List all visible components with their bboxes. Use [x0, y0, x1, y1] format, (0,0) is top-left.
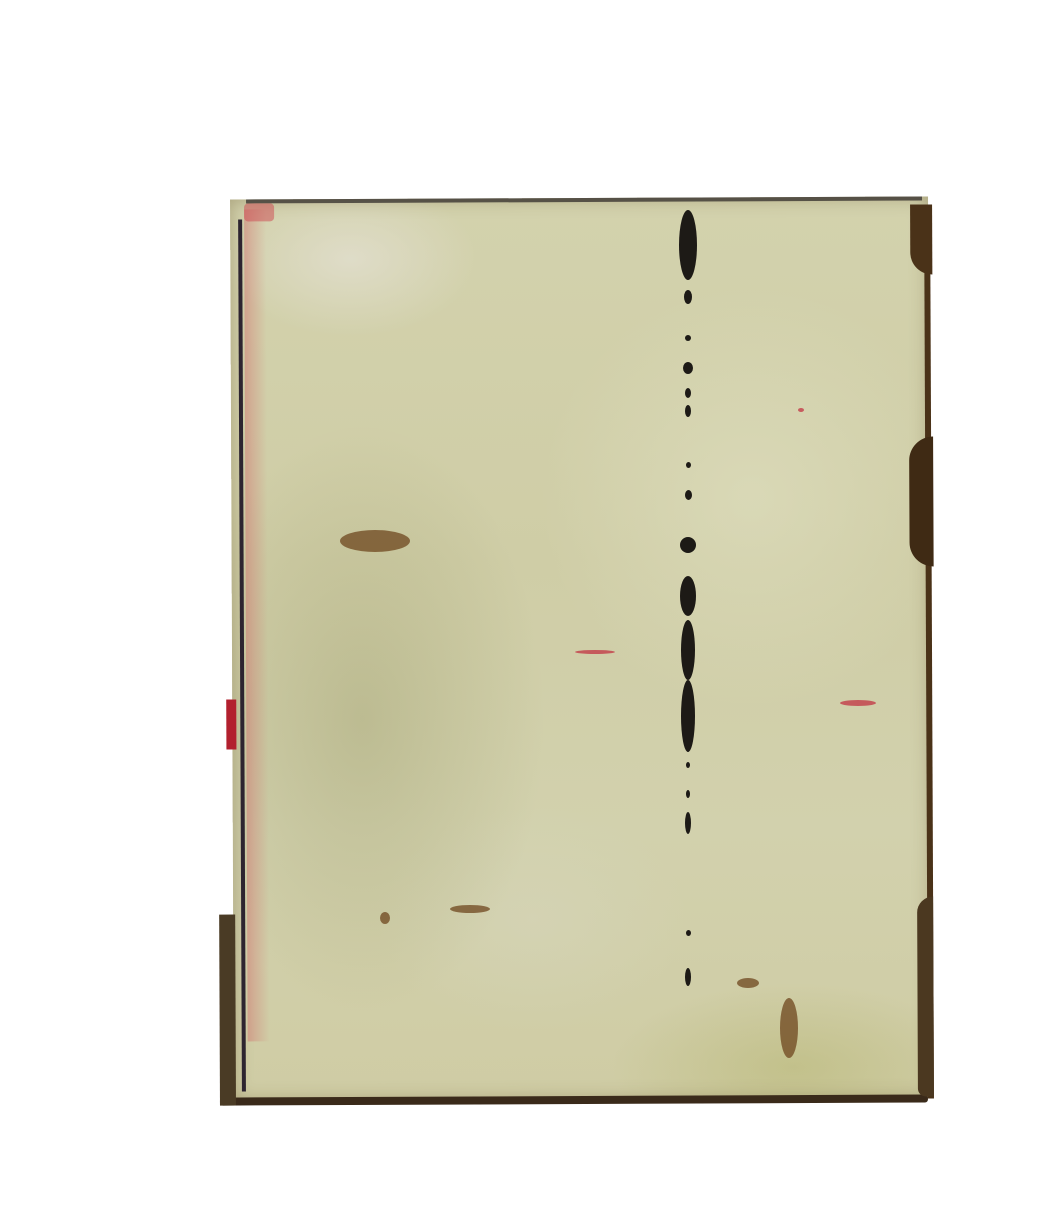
ink-drop: [685, 388, 691, 398]
brown-stain: [340, 530, 410, 552]
red-pigment-spot: [840, 700, 876, 706]
ink-drop: [685, 335, 691, 341]
ink-drop: [686, 762, 690, 768]
aged-paper-sheet: [230, 196, 932, 1101]
red-pigment-left-strip: [244, 209, 270, 1041]
ink-drop: [685, 490, 692, 500]
ink-drop: [685, 968, 691, 986]
left-lower-edge: [219, 915, 236, 1106]
ink-drop: [686, 462, 691, 468]
ink-drop: [685, 405, 691, 417]
ink-drop: [680, 537, 696, 553]
bottom-burnt-edge: [220, 1094, 928, 1105]
red-pigment-notch: [226, 700, 236, 750]
red-pigment-corner: [244, 203, 274, 221]
brown-stain: [737, 978, 759, 988]
red-pigment-spot: [798, 408, 804, 412]
ink-drop: [681, 680, 695, 752]
ink-drop: [679, 210, 697, 280]
brown-stain: [380, 912, 390, 924]
right-edge-stain-bottom: [917, 896, 934, 1096]
ink-drop: [686, 790, 690, 798]
ink-drop: [681, 620, 695, 680]
right-edge-stain-top: [910, 204, 932, 274]
ink-drop: [683, 362, 693, 374]
red-pigment-spot: [575, 650, 615, 654]
brown-stain: [780, 998, 798, 1058]
top-edge: [246, 197, 922, 204]
right-edge-stain-middle: [909, 436, 934, 566]
ink-drop: [684, 290, 692, 304]
ink-drop: [686, 930, 691, 936]
brown-stain: [450, 905, 490, 913]
ink-drop: [685, 812, 691, 834]
ink-drop: [680, 576, 696, 616]
